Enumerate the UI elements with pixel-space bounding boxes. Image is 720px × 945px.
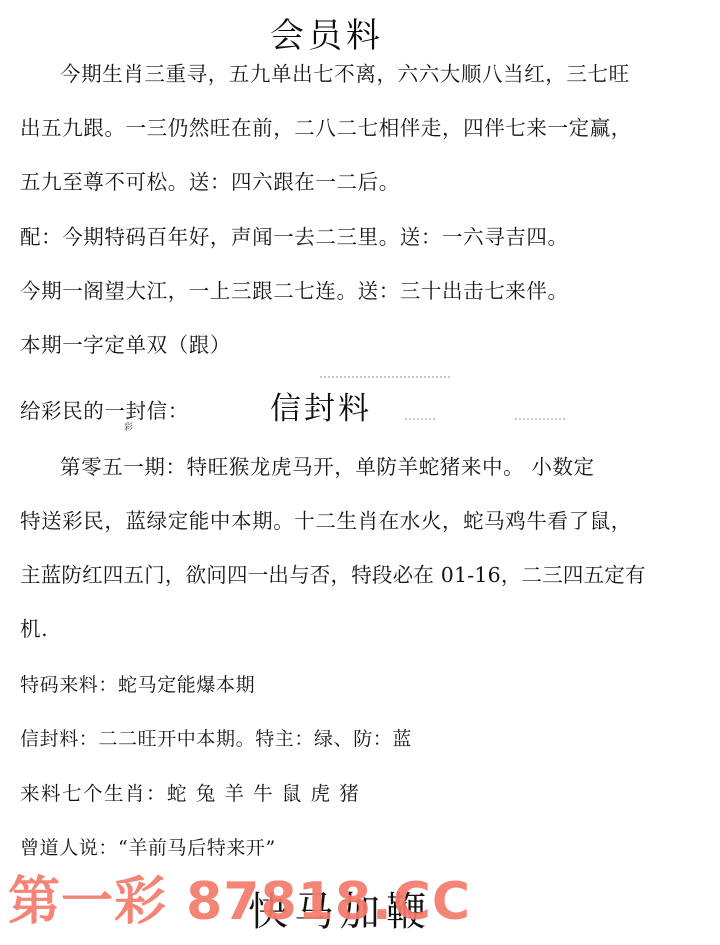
page-title: 会员料 xyxy=(270,8,384,57)
paragraph2-line-3: 主蓝防红四五门，欲问四一出与否，特段必在 01-16，二三四五定有 xyxy=(20,563,646,587)
watermark: 第一彩 87818.CC xyxy=(8,872,471,932)
section-title: 信封料 xyxy=(270,383,372,428)
ge-line: 今期一阁望大江，一上三跟二七连。送：三十出击七来伴。 xyxy=(20,279,569,303)
paragraph1-line-2: 出五九跟。一三仍然旺在前，二八二七相伴走，四伴七来一定赢， xyxy=(20,116,632,140)
danshuang-line: 本期一字定单双（跟） xyxy=(20,333,231,357)
zeng-line: 曾道人说：“羊前马后特来开” xyxy=(20,836,276,860)
tema-line: 特码来料：蛇马定能爆本期 xyxy=(20,673,255,697)
paragraph2-line-2: 特送彩民，蓝绿定能中本期。十二生肖在水火，蛇马鸡牛看了鼠， xyxy=(20,509,632,533)
scan-dots-divider xyxy=(405,418,435,422)
paragraph2-line-4: 机. xyxy=(20,617,48,641)
pei-line: 配：今期特码百年好，声闻一去二三里。送：一六寻吉四。 xyxy=(20,225,569,249)
document-page: 会员料 今期生肖三重寻，五九单出七不离，六六大顺八当红，三七旺 出五九跟。一三仍… xyxy=(0,0,720,945)
paragraph1-line-1: 今期生肖三重寻，五九单出七不离，六六大顺八当红，三七旺 xyxy=(60,62,630,86)
paragraph1-line-3: 五九至尊不可松。送：四六跟在一二后。 xyxy=(20,170,400,194)
paragraph2-line-1: 第零五一期：特旺猴龙虎马开，单防羊蛇猪来中。 小数定 xyxy=(60,455,595,479)
shengxiao-line: 来料七个生肖：蛇 兔 羊 牛 鼠 虎 猪 xyxy=(20,782,360,806)
small-mark: 彩 xyxy=(124,420,133,433)
letter-label: 给彩民的一封信： xyxy=(20,399,189,423)
xinfeng-line: 信封料：二二旺开中本期。特主：绿、防：蓝 xyxy=(20,727,412,751)
scan-dots-divider xyxy=(320,376,450,380)
scan-dots-divider xyxy=(515,418,565,422)
